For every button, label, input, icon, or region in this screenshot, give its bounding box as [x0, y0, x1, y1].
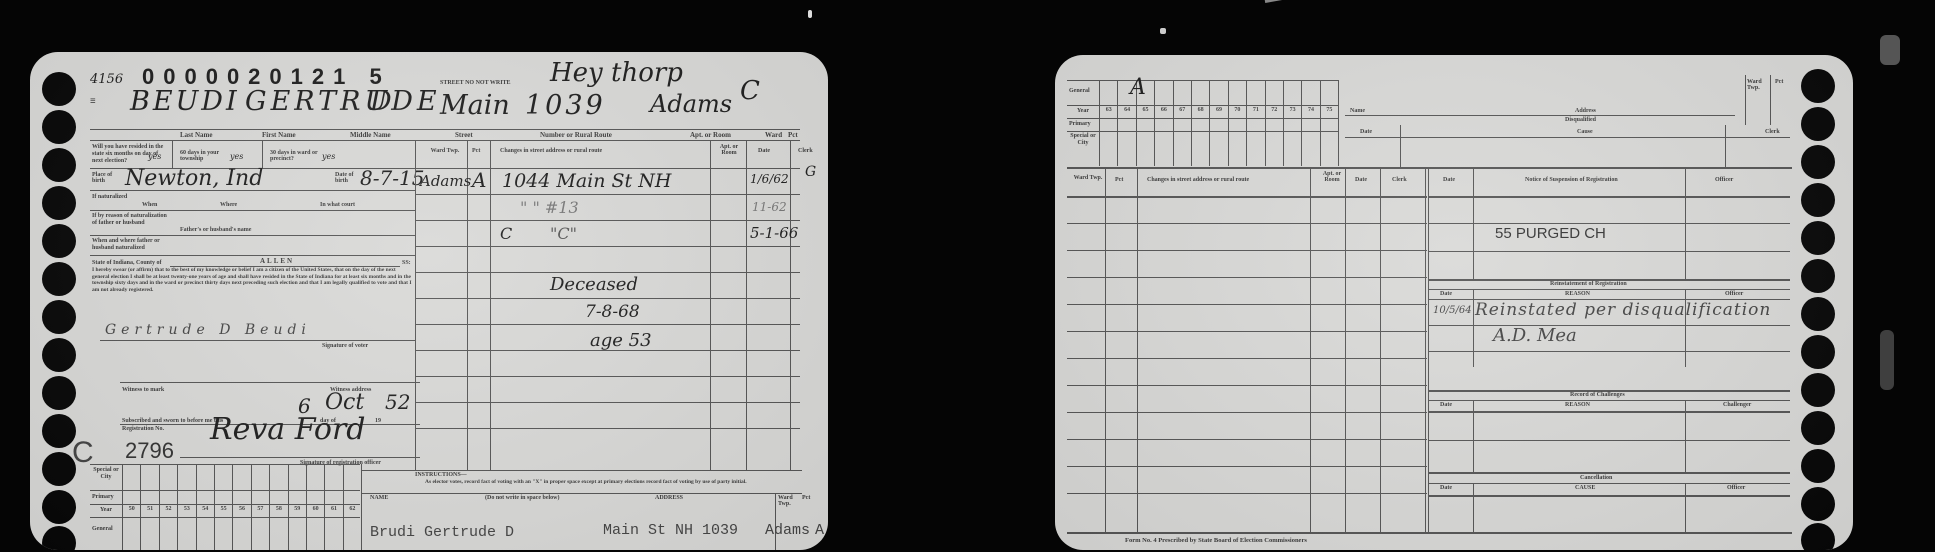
back-changes-header-date: Date	[1355, 177, 1367, 183]
background-speck	[1160, 28, 1166, 34]
grid-year: 55	[214, 464, 232, 550]
typed-ward: Adams	[765, 522, 810, 539]
cancellation-header-officer: Officer	[1727, 485, 1745, 491]
place-of-birth-value: Newton, Ind	[125, 166, 263, 191]
background-speck	[808, 10, 812, 18]
suspension-header-officer: Officer	[1715, 177, 1733, 183]
punch-hole	[1801, 449, 1835, 483]
punch-hole	[42, 414, 76, 448]
grid-year: 61	[324, 464, 342, 550]
background-smudge	[1880, 35, 1900, 65]
days-ward-answer: yes	[322, 152, 335, 161]
grid-year: 53	[177, 464, 195, 550]
cancellation-header-cause: CAUSE	[1575, 485, 1595, 491]
label-ward: Ward	[765, 131, 782, 139]
general-vote-mark: A	[1130, 75, 1146, 100]
instructions-text: As elector votes, record fact of voting …	[425, 479, 805, 485]
label-do-not-write: (Do not write in space below)	[485, 495, 560, 501]
grid-year: 60	[306, 464, 324, 550]
punch-hole	[1801, 297, 1835, 331]
label-disqualified-clerk: Clerk	[1765, 129, 1780, 135]
back-changes-header-clerk: Clerk	[1392, 177, 1407, 183]
label-witness-to-mark: Witness to mark	[122, 387, 164, 393]
label-registration-no: Registration No.	[122, 426, 164, 432]
precinct-value: C	[740, 76, 760, 106]
first-name-value: GERTRUDE	[245, 86, 441, 117]
label-where: Where	[220, 202, 237, 208]
changes-row-pct: A	[472, 168, 486, 192]
label-transfer-address: Address	[1575, 108, 1596, 114]
back-changes-header-ward: Ward Twp.	[1073, 175, 1103, 181]
background-scratch	[1265, 0, 1413, 3]
last-name-value: BEUDI	[130, 86, 240, 117]
label-transfer-pct: Pct	[1775, 79, 1783, 85]
label-typed-address: ADDRESS	[655, 495, 683, 501]
changes-header-clerk: Clerk	[798, 148, 813, 154]
subscribed-year: 52	[385, 390, 410, 414]
changes-row-date: 1/6/62	[750, 172, 789, 186]
typed-address: Main St NH 1039	[603, 522, 738, 539]
grid-year: 62	[343, 464, 362, 550]
county-value: ALLEN	[260, 257, 294, 265]
punch-hole	[1801, 411, 1835, 445]
grid-year: 74	[1301, 80, 1319, 166]
street-value: Main	[440, 90, 510, 121]
grid-year: 58	[269, 464, 287, 550]
punch-hole	[1801, 183, 1835, 217]
challenges-header-challenger: Challenger	[1723, 402, 1751, 408]
label-typed-name: NAME	[370, 495, 388, 501]
punch-hole	[42, 300, 76, 334]
label-pct: Pct	[788, 131, 798, 139]
label-date-of-birth: Date of birth	[335, 172, 360, 184]
label-oath-ss: SS:	[402, 260, 411, 266]
grid-year: 51	[140, 464, 158, 550]
label-place-of-birth: Place of birth	[92, 172, 122, 184]
label-typed-ward: Ward Twp.	[778, 495, 796, 507]
grid-year: 57	[251, 464, 269, 550]
label-father-name: Father's or husband's name	[180, 227, 251, 233]
label-when: When	[142, 202, 157, 208]
punch-hole	[1801, 221, 1835, 255]
oath-text: I hereby swear (or affirm) that to the b…	[92, 267, 412, 293]
reinstatement-entry-officer: A.D. Mea	[1493, 325, 1577, 346]
back-grid-label-year: Year	[1077, 108, 1089, 114]
label-transfer-name: Name	[1350, 108, 1365, 114]
changes-row-pct: C	[500, 224, 512, 243]
registration-number: 2796	[125, 438, 174, 464]
corner-note: 4156	[90, 72, 123, 87]
reinstatement-header-officer: Officer	[1725, 291, 1743, 297]
label-apt-room: Apt. or Room	[690, 131, 731, 139]
back-grid-label-general: General	[1069, 88, 1090, 94]
punch-hole	[42, 72, 76, 106]
changes-row-change: 1044 Main St NH	[502, 170, 671, 192]
label-first-name: First Name	[262, 131, 296, 139]
grid-year: 75	[1320, 80, 1339, 166]
label-when-where-father: When and where father or husband natural…	[92, 238, 172, 252]
challenges-header-reason: REASON	[1565, 402, 1590, 408]
reinstatement-header-reason: REASON	[1565, 291, 1590, 297]
grid-label-general: General	[92, 526, 113, 532]
changes-header-changes: Changes in street address or rural route	[500, 148, 602, 154]
background-smudge	[1880, 330, 1894, 390]
punch-hole	[1801, 69, 1835, 103]
punch-hole	[42, 110, 76, 144]
cancellation-header-date: Date	[1440, 485, 1452, 491]
registration-card-back: General Year Primary Special or City 63 …	[1055, 55, 1853, 550]
punch-hole	[42, 526, 76, 550]
grid-year: 71	[1246, 80, 1264, 166]
label-typed-pct: Pct	[802, 495, 810, 501]
changes-row-change: Deceased	[550, 274, 638, 295]
punch-hole	[42, 224, 76, 258]
challenges-title: Record of Challenges	[1570, 392, 1625, 398]
label-street: Street	[455, 131, 473, 139]
reinstatement-entry-reason: Reinstated per disqualification	[1475, 300, 1771, 320]
punch-hole	[1801, 107, 1835, 141]
challenges-header-date: Date	[1440, 402, 1452, 408]
ward-value: Adams	[650, 90, 732, 118]
punch-hole	[42, 148, 76, 182]
label-oath-state: State of Indiana, County of	[92, 260, 162, 266]
punch-hole	[1801, 335, 1835, 369]
voter-signature: Gertrude D Beudi	[105, 322, 311, 338]
mr-mrs-miss-icon: ≡	[90, 98, 96, 105]
changes-row-change: age 53	[590, 330, 652, 351]
grid-year: 52	[159, 464, 177, 550]
grid-year: 59	[288, 464, 306, 550]
suspension-stamp: 55 PURGED CH	[1495, 225, 1606, 242]
grid-year: 69	[1209, 80, 1227, 166]
label-naturalized: If naturalized	[92, 194, 127, 200]
grid-year: 73	[1283, 80, 1301, 166]
grid-year: 66	[1154, 80, 1172, 166]
changes-row-change: " " #13	[520, 198, 579, 217]
grid-year: 54	[196, 464, 214, 550]
grid-year: 67	[1173, 80, 1191, 166]
back-grid-label-primary: Primary	[1069, 121, 1091, 127]
punch-hole	[42, 376, 76, 410]
changes-row-date: 5-1-66	[750, 224, 798, 242]
grid-label-primary: Primary	[92, 494, 114, 500]
registration-card-front: 4156 0000020121 5 STREET NO NOT WRITE He…	[30, 52, 828, 550]
changes-row-change: 7-8-68	[585, 302, 640, 322]
changes-row-change: "C"	[550, 224, 577, 243]
changes-row-clerk: G	[805, 164, 816, 180]
back-changes-header-changes: Changes in street address or rural route	[1147, 177, 1249, 183]
middle-name-value: D	[370, 86, 392, 117]
label-disqualified-cause: Cause	[1577, 129, 1593, 135]
label-number-rural: Number or Rural Route	[540, 131, 612, 139]
changes-header-pct: Pct	[472, 148, 480, 154]
grid-year: 72	[1265, 80, 1283, 166]
label-in-what-court: In what court	[320, 202, 355, 208]
header-print: STREET NO NOT WRITE	[440, 80, 511, 86]
back-changes-header-apt: Apt. or Room	[1317, 171, 1347, 183]
changes-row-date: 11-62	[752, 200, 787, 214]
punch-hole	[1801, 259, 1835, 293]
punch-hole	[42, 490, 76, 524]
back-changes-header-pct: Pct	[1115, 177, 1123, 183]
reinstatement-title: Reinstatement of Registration	[1550, 281, 1627, 287]
grid-year: 70	[1228, 80, 1246, 166]
label-days-ward: 30 days in ward or precinct?	[270, 150, 330, 162]
grid-year: 63	[1099, 80, 1117, 166]
punch-hole	[42, 262, 76, 296]
changes-row-ward: Adams	[420, 172, 471, 190]
resided-state-answer: yes	[148, 152, 161, 161]
house-number-value: 1039	[525, 90, 606, 121]
punch-hole	[42, 186, 76, 220]
changes-header-date: Date	[758, 148, 770, 154]
grid-label-special: Special or City	[92, 467, 120, 481]
precinct-handwritten: Hey thorp	[550, 58, 683, 88]
days-township-answer: yes	[230, 152, 243, 161]
reinstatement-header-date: Date	[1440, 291, 1452, 297]
officer-signature: Reva Ford	[210, 412, 366, 447]
punch-hole	[1801, 145, 1835, 179]
changes-header-ward: Ward Twp.	[425, 148, 465, 154]
changes-header-apt: Apt. or Room	[714, 144, 744, 156]
typed-pct: A	[815, 522, 824, 539]
grid-year: 68	[1191, 80, 1209, 166]
typed-name: Brudi Gertrude D	[370, 524, 514, 541]
label-middle-name: Middle Name	[350, 131, 391, 139]
reinstatement-entry-date: 10/5/64	[1433, 305, 1472, 316]
label-last-name: Last Name	[180, 131, 212, 139]
label-disqualified: Disqualified	[1565, 117, 1596, 123]
suspension-header-date: Date	[1443, 177, 1455, 183]
back-grid-label-special: Special or City	[1069, 133, 1097, 147]
punch-hole	[1801, 523, 1835, 550]
label-transfer-ward: Ward Twp.	[1747, 79, 1765, 91]
grid-year: 56	[232, 464, 250, 550]
instructions-title: INSTRUCTIONS—	[415, 472, 467, 478]
label-disqualified-date: Date	[1360, 129, 1372, 135]
punch-hole	[42, 338, 76, 372]
punch-hole	[42, 452, 76, 486]
grid-year: 50	[122, 464, 140, 550]
punch-hole	[1801, 487, 1835, 521]
label-naturalization-parent: If by reason of naturalization of father…	[92, 213, 167, 227]
grid-label-year: Year	[100, 507, 112, 513]
suspension-header-notice: Notice of Suspension of Registration	[1525, 177, 1618, 183]
punch-hole	[1801, 373, 1835, 407]
form-footer: Form No. 4 Prescribed by State Board of …	[1125, 537, 1307, 544]
cancellation-title: Cancellation	[1580, 475, 1612, 481]
label-signature-voter: Signature of voter	[322, 343, 368, 349]
voting-grid-front: 50 51 52 53 54 55 56 57 58 59 60 61 62	[122, 464, 362, 550]
